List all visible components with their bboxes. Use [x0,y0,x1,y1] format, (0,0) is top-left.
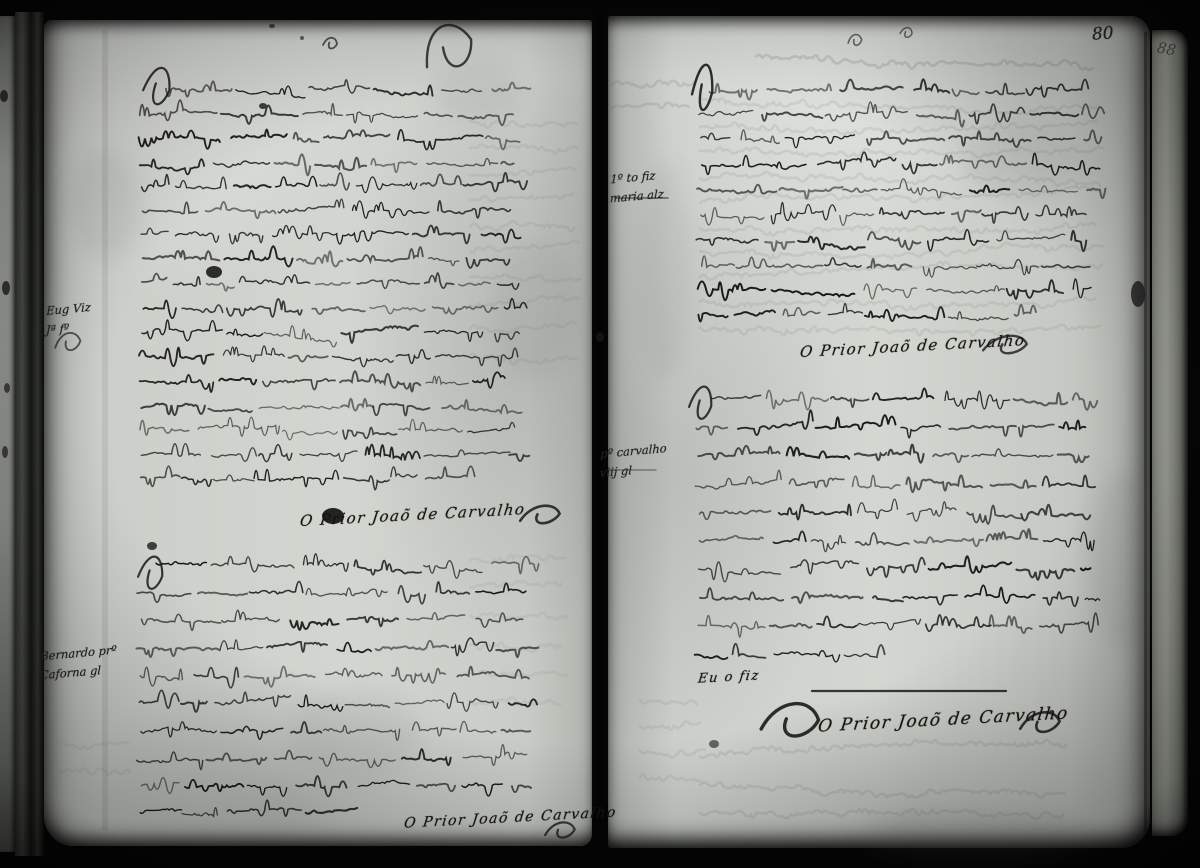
margin-note-line: maria alz [610,187,664,206]
margin-note-line: Eug Viz [46,300,91,318]
handwriting-ink-layer [0,0,1200,868]
right-gutter-note-2: pº carvalho viij gl [600,439,667,483]
right-gutter-note-1: 1º to fiz maria alz [610,166,665,209]
margin-note-line: Bernardo prº [40,643,117,664]
manuscript-photo: 80 88 Eug Viz Jª fº Bernardo prº Caforna… [0,0,1200,868]
margin-note-line: 1º to fiz [610,168,655,186]
margin-note-line: viij gl [600,463,632,480]
margin-note-line: Jª fº [46,321,70,337]
left-margin-note-1: Eug Viz Jª fº [46,298,91,340]
margin-note-line: pº carvalho [600,441,667,461]
left-margin-note-2: Bernardo prº Caforna gl [40,641,117,686]
margin-note-line: Caforna gl [40,663,101,682]
folio-number: 80 [1091,23,1114,44]
edge-folio-number: 88 [1156,38,1178,59]
